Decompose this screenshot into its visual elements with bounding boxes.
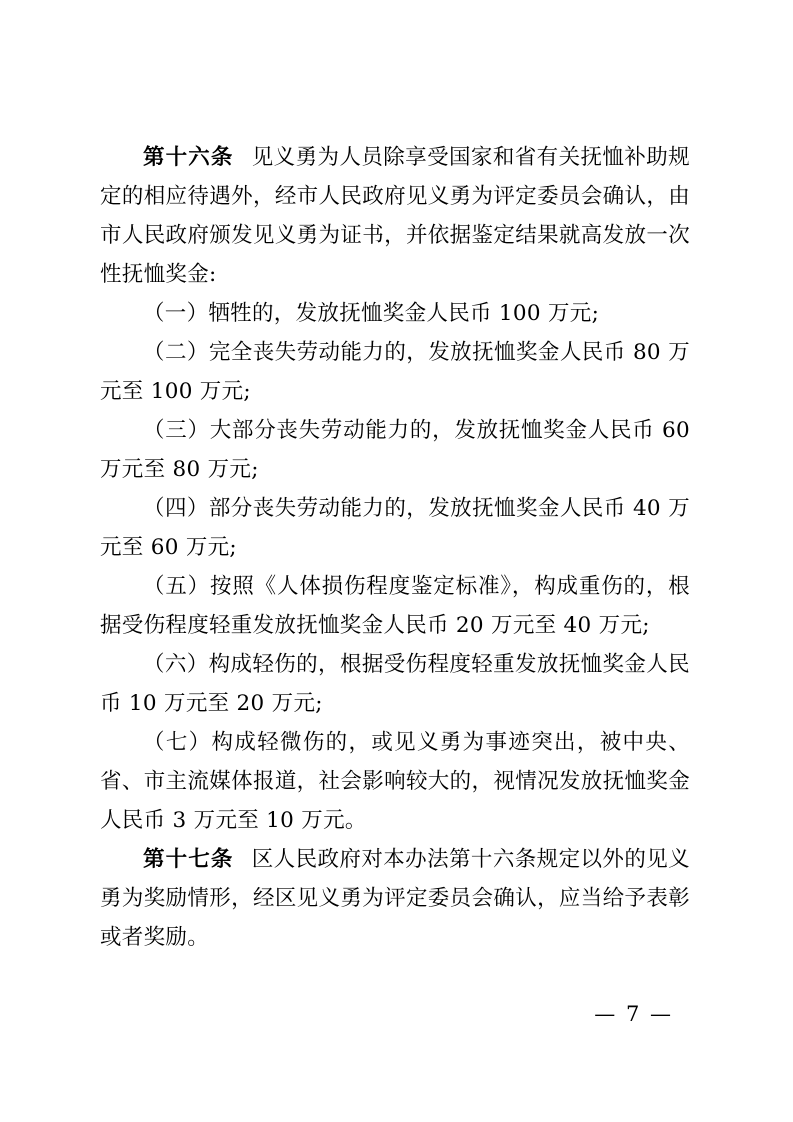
list-item-1-text: （一）牺牲的，发放抚恤奖金人民币 100 万元; — [143, 301, 599, 326]
page-footer: — 7 — — [594, 1002, 673, 1026]
paragraph-article-16: 第十六条见义勇为人员除享受国家和省有关抚恤补助规定的相应待遇外，经市人民政府见义… — [100, 138, 690, 294]
list-item-1: （一）牺牲的，发放抚恤奖金人民币 100 万元; — [100, 294, 690, 333]
list-item-3: （三）大部分丧失劳动能力的，发放抚恤奖金人民币 60 万元至 80 万元; — [100, 411, 690, 489]
article-17-number: 第十七条 — [143, 847, 233, 872]
list-item-5: （五）按照《人体损伤程度鉴定标准》，构成重伤的，根据受伤程度轻重发放抚恤奖金人民… — [100, 567, 690, 645]
list-item-7: （七）构成轻微伤的，或见义勇为事迹突出，被中央、省、市主流媒体报道，社会影响较大… — [100, 723, 690, 840]
paragraph-article-17: 第十七条区人民政府对本办法第十六条规定以外的见义勇为奖励情形，经区见义勇为评定委… — [100, 840, 690, 957]
list-item-3-text: （三）大部分丧失劳动能力的，发放抚恤奖金人民币 60 万元至 80 万元; — [100, 418, 690, 482]
list-item-2: （二）完全丧失劳动能力的，发放抚恤奖金人民币 80 万元至 100 万元; — [100, 333, 690, 411]
list-item-6: （六）构成轻伤的，根据受伤程度轻重发放抚恤奖金人民币 10 万元至 20 万元; — [100, 645, 690, 723]
list-item-5-text: （五）按照《人体损伤程度鉴定标准》，构成重伤的，根据受伤程度轻重发放抚恤奖金人民… — [100, 574, 690, 638]
list-item-4-text: （四）部分丧失劳动能力的，发放抚恤奖金人民币 40 万元至 60 万元; — [100, 496, 690, 560]
document-page: 第十六条见义勇为人员除享受国家和省有关抚恤补助规定的相应待遇外，经市人民政府见义… — [0, 0, 793, 1122]
document-body: 第十六条见义勇为人员除享受国家和省有关抚恤补助规定的相应待遇外，经市人民政府见义… — [100, 138, 690, 957]
article-16-number: 第十六条 — [143, 145, 233, 170]
list-item-6-text: （六）构成轻伤的，根据受伤程度轻重发放抚恤奖金人民币 10 万元至 20 万元; — [100, 652, 690, 716]
list-item-4: （四）部分丧失劳动能力的，发放抚恤奖金人民币 40 万元至 60 万元; — [100, 489, 690, 567]
page-number: — 7 — — [594, 1002, 673, 1026]
list-item-7-text: （七）构成轻微伤的，或见义勇为事迹突出，被中央、省、市主流媒体报道，社会影响较大… — [100, 730, 690, 833]
list-item-2-text: （二）完全丧失劳动能力的，发放抚恤奖金人民币 80 万元至 100 万元; — [100, 340, 690, 404]
